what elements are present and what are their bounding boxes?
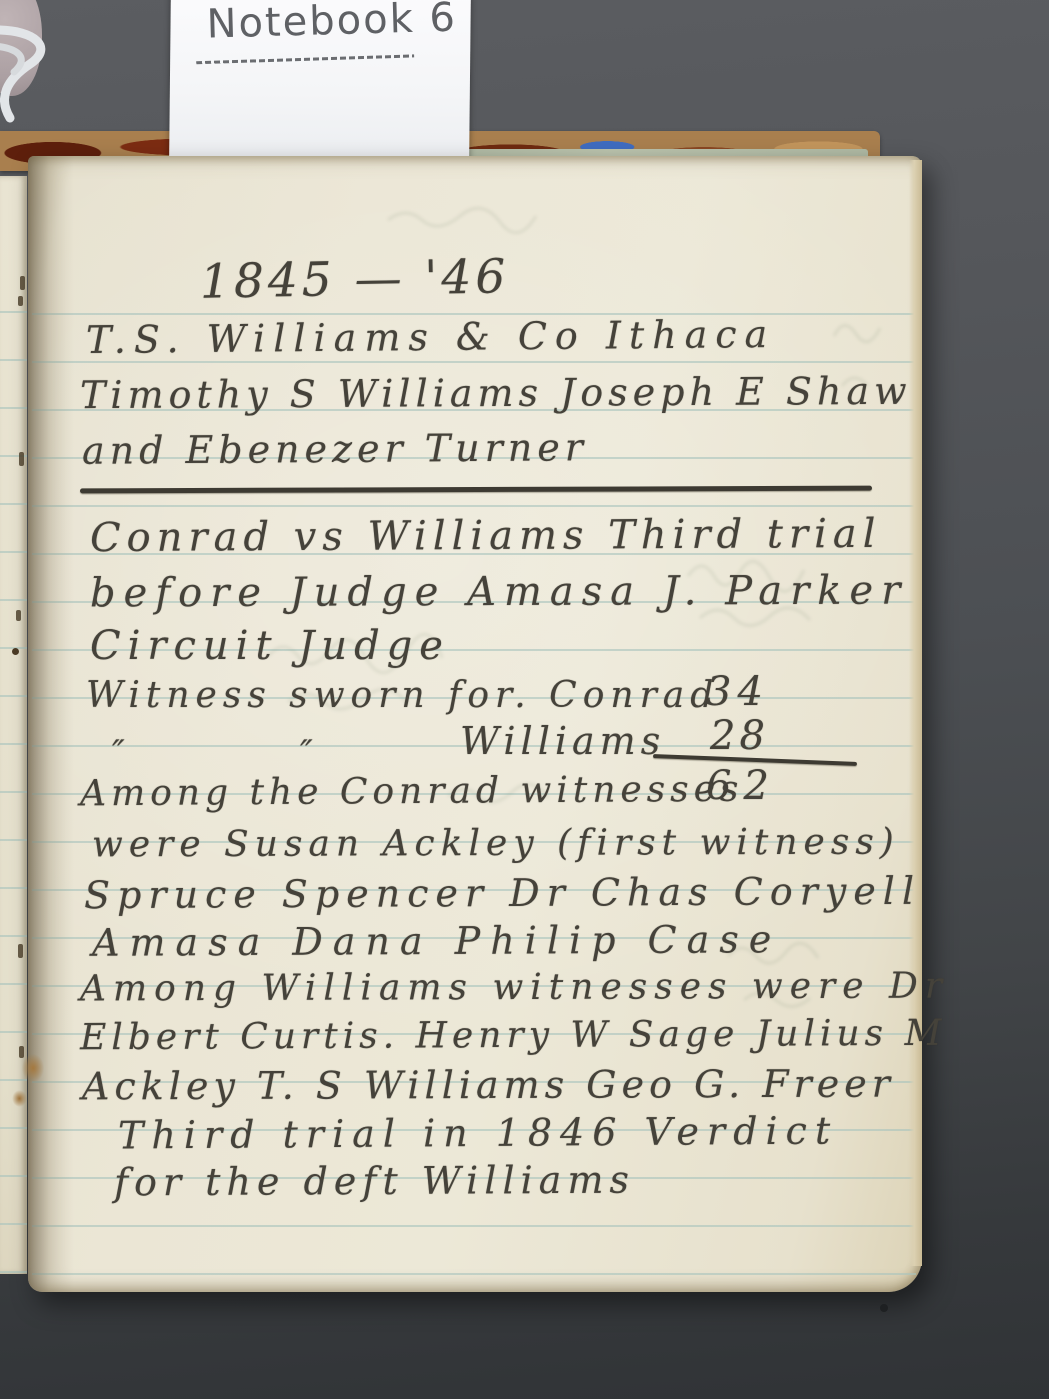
stitch-mark xyxy=(20,276,25,290)
witness-count-williams: 28 xyxy=(710,716,769,756)
stitch-mark xyxy=(19,452,24,466)
handwriting-line: Timothy S Williams Joseph E Shaw xyxy=(80,372,912,414)
ink-dot xyxy=(12,648,19,655)
handwriting-line: before Judge Amasa J. Parker xyxy=(90,571,908,614)
handwriting-line: Among Williams witnesses were Dr xyxy=(80,968,949,1007)
handwriting-line: Conrad vs Williams Third trial xyxy=(90,514,882,558)
handwriting-line: were Susan Ackley (first witness) xyxy=(92,825,900,864)
stitch-mark xyxy=(18,944,23,958)
backdrop-fleck xyxy=(880,1304,888,1312)
witness-count-conrad: 34 xyxy=(706,672,769,712)
witness-count-label: Witness sworn for. Conrad xyxy=(86,678,719,714)
witness-count-williams-label: Williams xyxy=(460,722,665,760)
foxing-spot xyxy=(12,1090,27,1107)
handwriting-line: Spruce Spencer Dr Chas Coryell xyxy=(84,872,921,914)
ditto-mark: ″ xyxy=(300,736,313,770)
label-slip-underline xyxy=(196,54,414,64)
notebook-page: 1845 — '46 T.S. Williams & Co Ithaca Tim… xyxy=(28,156,922,1292)
facing-page-sliver xyxy=(0,176,27,1274)
facing-page-ruling xyxy=(0,265,27,1274)
handwriting-line: Amasa Dana Philip Case xyxy=(92,920,782,962)
stitch-mark xyxy=(19,1046,24,1058)
handwriting-line: Among the Conrad witnesses xyxy=(80,772,744,813)
handwriting-line: Third trial in 1846 Verdict xyxy=(118,1111,838,1154)
label-slip-text: Notebook 6 xyxy=(206,0,458,48)
handwriting-line: for the deft Williams xyxy=(114,1161,635,1202)
handwriting-line: T.S. Williams & Co Ithaca xyxy=(86,315,776,359)
handwriting-line: Circuit Judge xyxy=(90,626,450,666)
heading-year: 1845 — '46 xyxy=(200,253,510,305)
handwriting-line: and Ebenezer Turner xyxy=(82,428,588,470)
stitch-mark xyxy=(16,610,21,621)
photo-background: Notebook 6 xyxy=(0,0,1049,1399)
handwriting-line: Elbert Curtis. Henry W Sage Julius M xyxy=(80,1016,947,1057)
ditto-mark: ″ xyxy=(112,736,125,770)
label-slip: Notebook 6 xyxy=(169,0,471,162)
handwriting-line: Ackley T. S Williams Geo G. Freer xyxy=(82,1065,895,1106)
support-object xyxy=(0,0,42,96)
stitch-mark xyxy=(18,296,23,306)
